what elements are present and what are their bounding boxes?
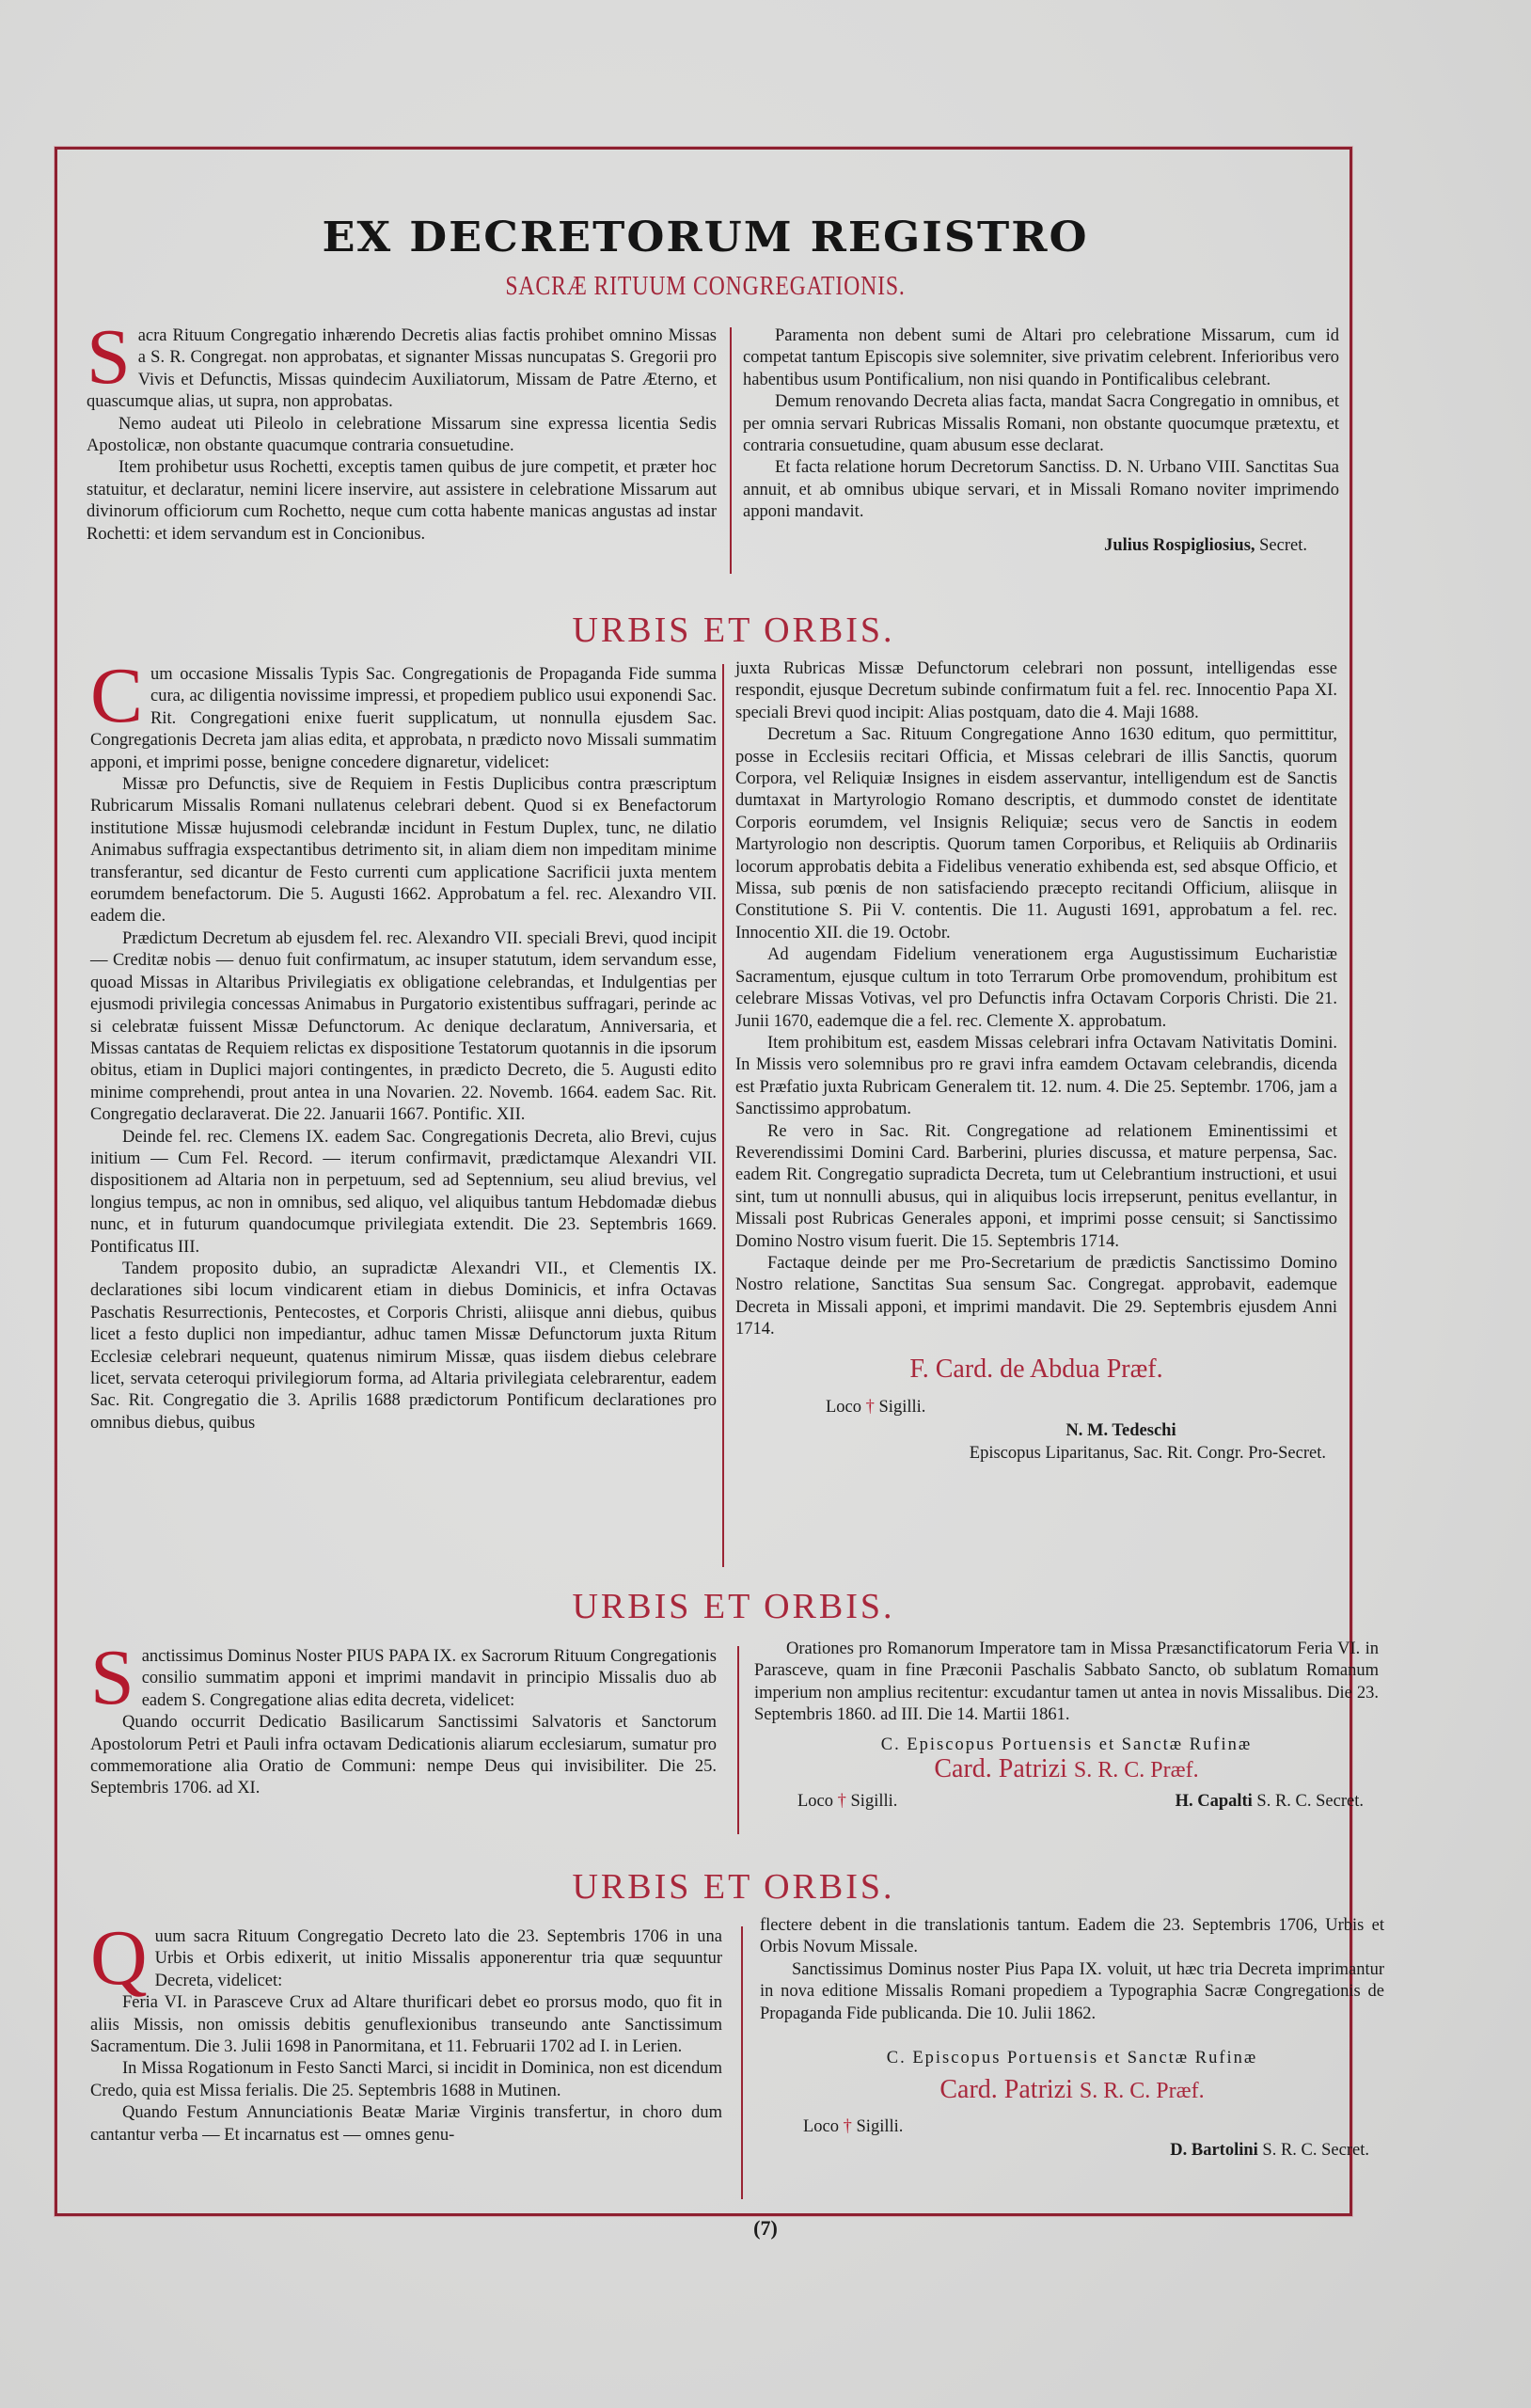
paragraph: um occasione Missalis Typis Sac. Congreg… — [90, 664, 717, 774]
paragraph: In Missa Rogationum in Festo Sancti Marc… — [90, 2058, 722, 2102]
secretary: D. Bartolini S. R. C. Secret. — [760, 2140, 1384, 2162]
dropcap-s: S — [87, 327, 131, 389]
cross-icon: † — [838, 1792, 846, 1811]
seal-line: Loco † Sigilli. — [760, 2116, 1384, 2138]
section-heading: URBIS ET ORBIS. — [0, 1866, 1467, 1908]
seal-line: Loco † Sigilli. — [735, 1397, 1337, 1418]
section2-left-column: C um occasione Missalis Typis Sac. Congr… — [90, 664, 717, 1434]
paragraph: Orationes pro Romanorum Imperatore tam i… — [754, 1639, 1379, 1727]
signature-block: Julius Rospigliosius, Secret. — [743, 535, 1339, 557]
paragraph: Sanctissimus Dominus noster Pius Papa IX… — [760, 1959, 1384, 2025]
paragraph: Et facta relatione horum Decretorum Sanc… — [743, 457, 1339, 523]
dropcap-s: S — [90, 1648, 134, 1710]
paragraph: Factaque deinde per me Pro-Secretarium d… — [735, 1253, 1337, 1341]
section2-right-column: juxta Rubricas Missæ Defunctorum celebra… — [735, 658, 1337, 1465]
column-divider — [737, 1646, 739, 1834]
seal-sigilli: Sigilli. — [851, 1792, 898, 1811]
prefect-signature: F. Card. de Abdua Præf. — [735, 1358, 1337, 1380]
prefect-title: S. R. C. Præf. — [1074, 1758, 1199, 1782]
paragraph: Tandem proposito dubio, an supradictæ Al… — [90, 1259, 717, 1434]
paragraph: Nemo audeat uti Pileolo in celebratione … — [87, 414, 717, 458]
paragraph: Missæ pro Defunctis, sive de Requiem in … — [90, 774, 717, 928]
seal-sigilli: Sigilli. — [879, 1398, 926, 1417]
secretary-name: N. M. Tedeschi — [735, 1420, 1337, 1442]
paragraph: Deinde fel. rec. Clemens IX. eadem Sac. … — [90, 1127, 717, 1259]
prefect-name: Card. Patrizi — [939, 2075, 1073, 2104]
seal-loco: Loco — [826, 1398, 861, 1417]
paragraph: juxta Rubricas Missæ Defunctorum celebra… — [735, 658, 1337, 724]
prefect-signature: Card. Patrizi S. R. C. Præf. — [754, 1758, 1379, 1782]
paragraph: Re vero in Sac. Rit. Congregatione ad re… — [735, 1121, 1337, 1253]
column-divider — [741, 1926, 743, 2199]
column-divider — [722, 664, 724, 1567]
seal-and-secretary: Loco † Sigilli. H. Capalti S. R. C. Secr… — [754, 1791, 1379, 1813]
cross-icon: † — [866, 1398, 875, 1417]
secretary-name: D. Bartolini — [1170, 2141, 1258, 2160]
seal-loco: Loco — [797, 1792, 833, 1811]
section1-right-column: Paramenta non debent sumi de Altari pro … — [743, 325, 1339, 557]
section4-left-column: Q uum sacra Rituum Congregatio Decreto l… — [90, 1926, 722, 2147]
bishop-line: C. Episcopus Portuensis et Sanctæ Rufinæ — [760, 2048, 1384, 2069]
page-subtitle: SACRÆ RITUUM CONGREGATIONIS. — [127, 271, 1284, 302]
paragraph: Item prohibetur usus Rochetti, exceptis … — [87, 457, 717, 546]
signature-title: Secret. — [1259, 536, 1307, 555]
seal-loco: Loco — [803, 2117, 839, 2136]
paragraph: Feria VI. in Parasceve Crux ad Altare th… — [90, 1992, 722, 2058]
paragraph: acra Rituum Congregatio inhærendo Decret… — [87, 325, 717, 414]
bishop-line: C. Episcopus Portuensis et Sanctæ Rufinæ — [754, 1735, 1379, 1756]
paragraph: Item prohibitum est, easdem Missas celeb… — [735, 1033, 1337, 1121]
paragraph: Paramenta non debent sumi de Altari pro … — [743, 325, 1339, 391]
dropcap-c: C — [90, 666, 143, 728]
prefect-signature: Card. Patrizi S. R. C. Præf. — [760, 2079, 1384, 2102]
cross-icon: † — [844, 2117, 852, 2136]
secretary: H. Capalti S. R. C. Secret. — [1176, 1791, 1364, 1813]
secretary-title: S. R. C. Secret. — [1256, 1792, 1364, 1811]
section-heading: URBIS ET ORBIS. — [0, 610, 1467, 651]
section-heading: URBIS ET ORBIS. — [0, 1586, 1467, 1627]
page-number: (7) — [0, 2216, 1531, 2241]
column-divider — [730, 327, 732, 574]
seal-sigilli: Sigilli. — [857, 2117, 904, 2136]
paragraph: Demum renovando Decreta alias facta, man… — [743, 391, 1339, 457]
paragraph: Prædictum Decretum ab ejusdem fel. rec. … — [90, 928, 717, 1127]
prefect-name: Card. Patrizi — [934, 1754, 1067, 1783]
paragraph: Ad augendam Fidelium venerationem erga A… — [735, 944, 1337, 1033]
paragraph: Quando occurrit Dedicatio Basilicarum Sa… — [90, 1712, 717, 1800]
secretary-title: S. R. C. Secret. — [1262, 2141, 1369, 2160]
paragraph: uum sacra Rituum Congregatio Decreto lat… — [90, 1926, 722, 1992]
prefect-title: S. R. C. Præf. — [1080, 2079, 1205, 2103]
paragraph: anctissimus Dominus Noster PIUS PAPA IX.… — [90, 1646, 717, 1712]
section4-right-column: flectere debent in die translationis tan… — [760, 1915, 1384, 2162]
secretary-name: H. Capalti — [1176, 1792, 1253, 1811]
seal-line: Loco † Sigilli. — [797, 1791, 897, 1813]
paragraph: flectere debent in die translationis tan… — [760, 1915, 1384, 1959]
section3-left-column: S anctissimus Dominus Noster PIUS PAPA I… — [90, 1646, 717, 1800]
signature-name: Julius Rospigliosius, — [1104, 536, 1255, 555]
dropcap-q: Q — [90, 1928, 148, 1990]
section3-right-column: Orationes pro Romanorum Imperatore tam i… — [754, 1639, 1379, 1814]
paragraph: Decretum a Sac. Rituum Congregatione Ann… — [735, 724, 1337, 944]
section1-left-column: S acra Rituum Congregatio inhærendo Decr… — [87, 325, 717, 546]
page-title: EX DECRETORUM REGISTRO — [0, 213, 1411, 261]
secretary-title: Episcopus Liparitanus, Sac. Rit. Congr. … — [735, 1443, 1337, 1465]
paragraph: Quando Festum Annunciationis Beatæ Mariæ… — [90, 2102, 722, 2147]
